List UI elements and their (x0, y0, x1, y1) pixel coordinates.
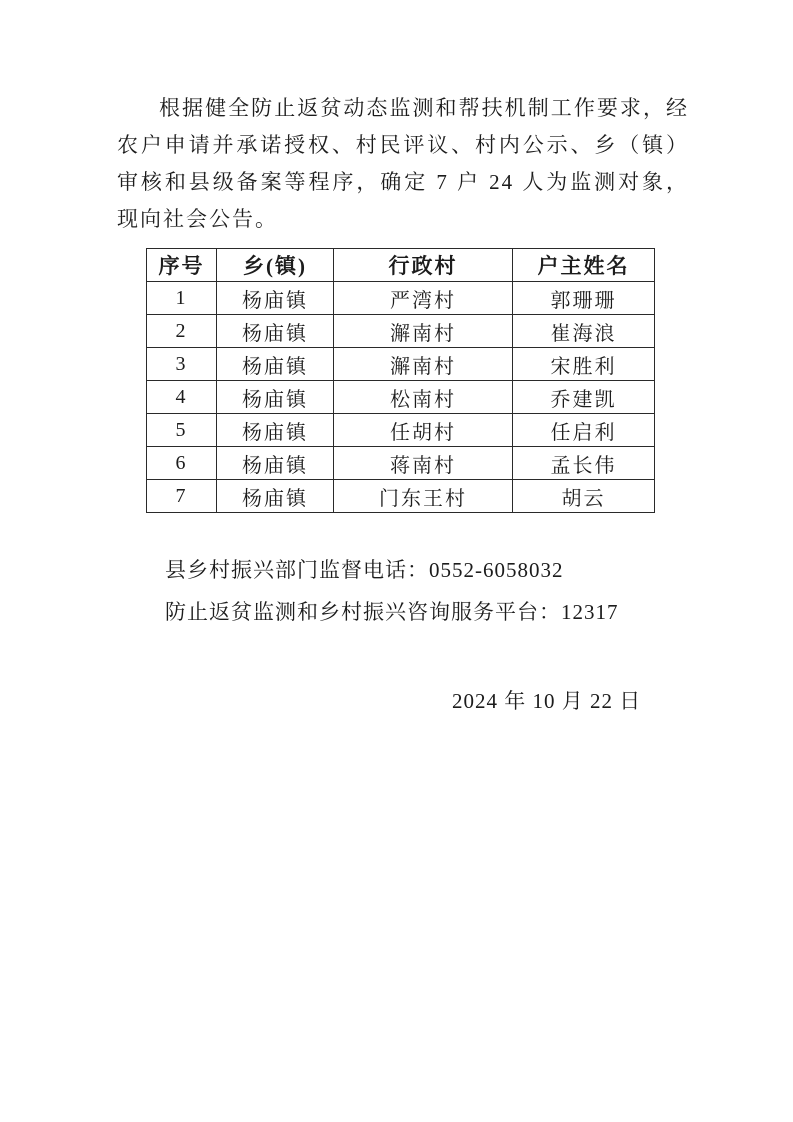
cell-name: 宋胜利 (513, 348, 655, 381)
announcement-date: 2024 年 10 月 22 日 (452, 685, 793, 715)
cell-serial: 1 (147, 282, 217, 315)
table-row: 2 杨庙镇 澥南村 崔海浪 (147, 315, 655, 348)
table-row: 1 杨庙镇 严湾村 郭珊珊 (147, 282, 655, 315)
supervision-phone-line: 县乡村振兴部门监督电话：0552-6058032 (165, 549, 793, 591)
cell-town: 杨庙镇 (217, 282, 334, 315)
cell-town: 杨庙镇 (217, 447, 334, 480)
cell-name: 孟长伟 (513, 447, 655, 480)
table-row: 6 杨庙镇 蒋南村 孟长伟 (147, 447, 655, 480)
header-village: 行政村 (334, 249, 513, 282)
intro-paragraph: 根据健全防止返贫动态监测和帮扶机制工作要求，经农户申请并承诺授权、村民评议、村内… (117, 90, 689, 238)
cell-name: 乔建凯 (513, 381, 655, 414)
cell-serial: 4 (147, 381, 217, 414)
table-row: 5 杨庙镇 任胡村 任启利 (147, 414, 655, 447)
cell-name: 崔海浪 (513, 315, 655, 348)
contact-info: 县乡村振兴部门监督电话：0552-6058032 防止返贫监测和乡村振兴咨询服务… (165, 549, 793, 633)
cell-serial: 2 (147, 315, 217, 348)
cell-village: 澥南村 (334, 348, 513, 381)
cell-serial: 6 (147, 447, 217, 480)
cell-name: 任启利 (513, 414, 655, 447)
header-householder-name: 户主姓名 (513, 249, 655, 282)
cell-town: 杨庙镇 (217, 414, 334, 447)
cell-village: 严湾村 (334, 282, 513, 315)
cell-serial: 3 (147, 348, 217, 381)
cell-name: 郭珊珊 (513, 282, 655, 315)
cell-village: 门东王村 (334, 480, 513, 513)
header-serial-number: 序号 (147, 249, 217, 282)
cell-village: 任胡村 (334, 414, 513, 447)
cell-village: 蒋南村 (334, 447, 513, 480)
cell-town: 杨庙镇 (217, 480, 334, 513)
cell-town: 杨庙镇 (217, 315, 334, 348)
cell-village: 澥南村 (334, 315, 513, 348)
cell-name: 胡云 (513, 480, 655, 513)
cell-serial: 5 (147, 414, 217, 447)
table-row: 4 杨庙镇 松南村 乔建凯 (147, 381, 655, 414)
document-page: 根据健全防止返贫动态监测和帮扶机制工作要求，经农户申请并承诺授权、村民评议、村内… (0, 0, 793, 1122)
header-town: 乡(镇) (217, 249, 334, 282)
monitoring-subjects-table: 序号 乡(镇) 行政村 户主姓名 1 杨庙镇 严湾村 郭珊珊 2 杨庙镇 澥南村… (146, 248, 655, 513)
table-row: 3 杨庙镇 澥南村 宋胜利 (147, 348, 655, 381)
service-platform-line: 防止返贫监测和乡村振兴咨询服务平台：12317 (165, 591, 793, 633)
cell-town: 杨庙镇 (217, 348, 334, 381)
cell-town: 杨庙镇 (217, 381, 334, 414)
table-header-row: 序号 乡(镇) 行政村 户主姓名 (147, 249, 655, 282)
table-row: 7 杨庙镇 门东王村 胡云 (147, 480, 655, 513)
cell-serial: 7 (147, 480, 217, 513)
cell-village: 松南村 (334, 381, 513, 414)
